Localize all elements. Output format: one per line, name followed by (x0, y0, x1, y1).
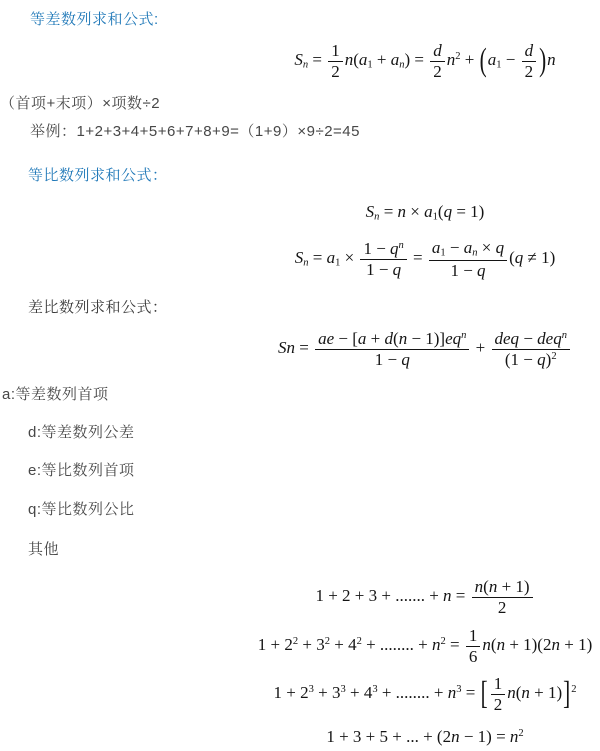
heading-arithmetic-series: 等差数列求和公式: (30, 8, 159, 29)
heading-other: 其他 (28, 538, 59, 559)
heading-geometric-series: 等比数列求和公式： (28, 164, 168, 185)
legend-d: d:等差数列公差 (28, 421, 135, 442)
arithmetic-note: （首项+末项）×项数÷2 (0, 92, 160, 113)
formula-sum-cubes: 1 + 23 + 33 + 43 + ........ + n3 = [12n(… (250, 674, 600, 714)
formula-arithgeo-sum: Sn = ae − [a + d(n − 1)]eqn1 − q + deq −… (250, 329, 600, 369)
legend-e: e:等比数列首项 (28, 459, 135, 480)
formula-geometric-q-eq-1: Sn = n × a1(q = 1) (250, 202, 600, 223)
arithmetic-example: 举例：1+2+3+4+5+6+7+8+9=（1+9）×9÷2=45 (30, 120, 360, 141)
formula-arithmetic-sum: Sn = 12n(a1 + an) = d2n2 + (a1 − d2)n (250, 41, 600, 81)
formula-geometric-q-ne-1: Sn = a1 × 1 − qn1 − q = a1 − an × q1 − q… (250, 238, 600, 280)
heading-arithgeo-series: 差比数列求和公式： (28, 296, 168, 317)
formula-sum-odds: 1 + 3 + 5 + ... + (2n − 1) = n2 (250, 727, 600, 747)
document: 等差数列求和公式: Sn = 12n(a1 + an) = d2n2 + (a1… (0, 0, 600, 751)
legend-q: q:等比数列公比 (28, 498, 135, 519)
formula-sum-squares: 1 + 22 + 32 + 42 + ........ + n2 = 16n(n… (250, 626, 600, 666)
legend-a: a:等差数列首项 (2, 383, 109, 404)
formula-sum-n: 1 + 2 + 3 + ....... + n = n(n + 1)2 (250, 577, 600, 617)
